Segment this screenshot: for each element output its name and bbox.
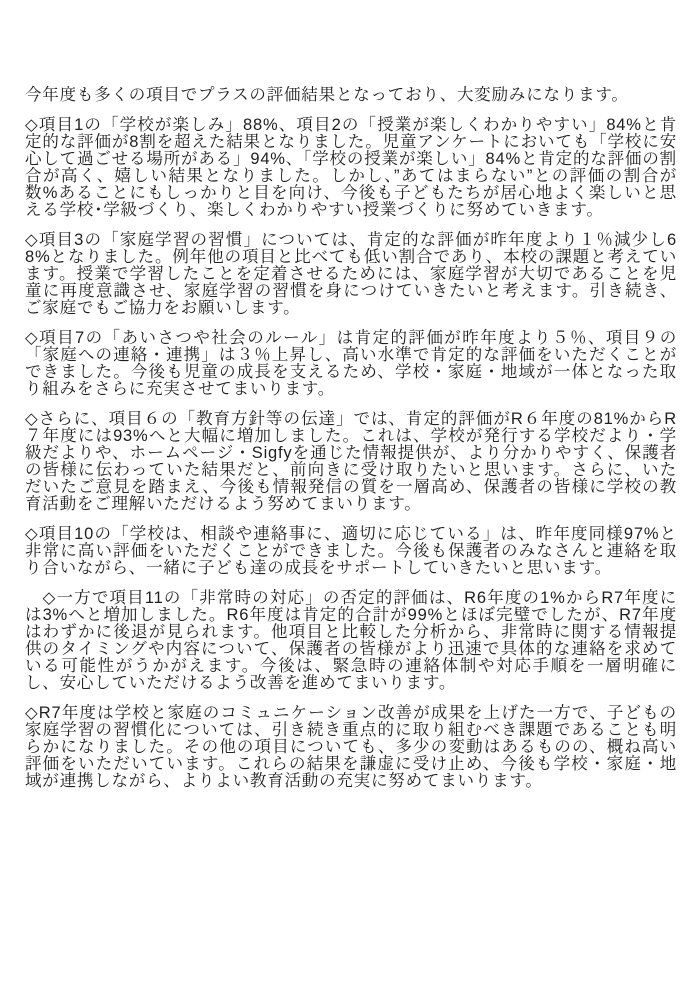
paragraph-item1-item2-school-fun: ◇項目1の「学校が楽しみ」88%、項目2の「授業が楽しくわかりやすい」84%と肯…	[25, 117, 677, 219]
intro-paragraph: 今年度も多くの項目でプラスの評価結果となっており、大変励みになります。	[25, 87, 677, 104]
paragraph-closing-summary: ◇R7年度は学校と家庭のコミュニケーション改善が成果を上げた一方で、子どもの家庭…	[25, 705, 677, 790]
paragraph-item6-policy-communication: ◇さらに、項目６の「教育方針等の伝達」では、肯定的評価がR６年度の81%からR７…	[25, 411, 677, 513]
document-body: 今年度も多くの項目でプラスの評価結果となっており、大変励みになります。 ◇項目1…	[25, 87, 677, 790]
paragraph-item10-consultation: ◇項目10の「学校は、相談や連絡事に、適切に応じている」は、昨年度同様97%と非…	[25, 526, 677, 577]
paragraph-item11-emergency-response: ◇一方で項目11の「非常時の対応」の否定的評価は、R6年度の1%からR7年度には…	[25, 590, 677, 692]
document-page: 今年度も多くの項目でプラスの評価結果となっており、大変励みになります。 ◇項目1…	[0, 0, 700, 988]
paragraph-item7-item9-greetings-rules: ◇項目7の「あいさつや社会のルール」は肯定的評価が昨年度より５％、項目９の「家庭…	[25, 330, 677, 398]
paragraph-item3-home-study: ◇項目3の「家庭学習の習慣」については、肯定的な評価が昨年度より１％減少し68%…	[25, 232, 677, 317]
